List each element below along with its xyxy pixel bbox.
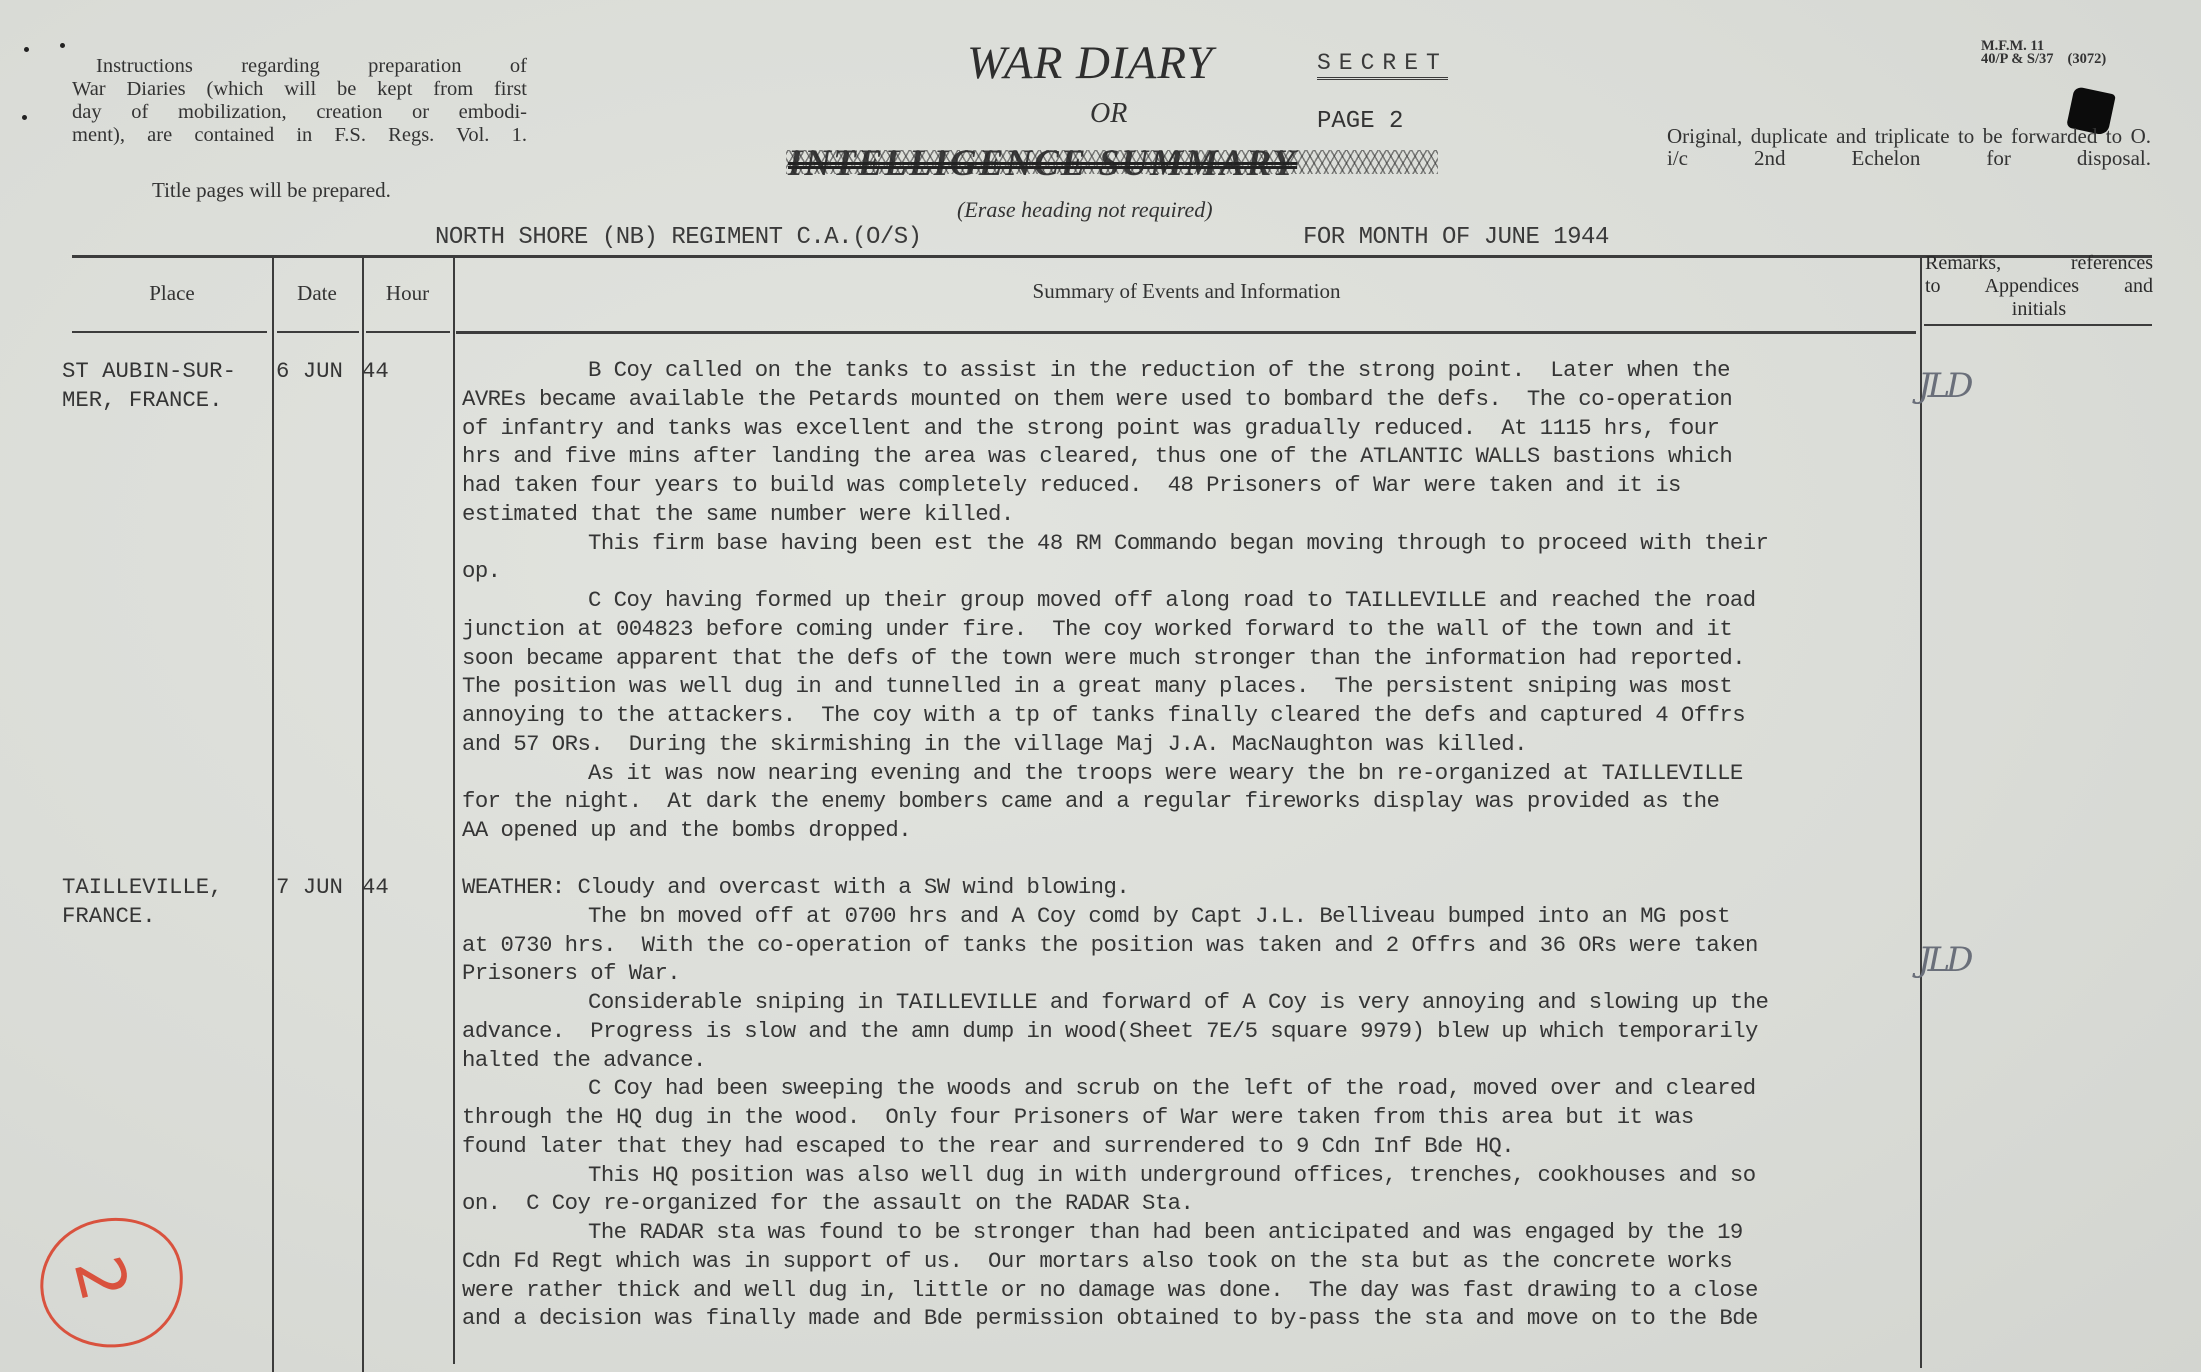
entry-place: TAILLEVILLE, FRANCE. [62,873,267,931]
summary-line: found later that they had escaped to the… [462,1132,1912,1161]
unit-name: NORTH SHORE (NB) REGIMENT C.A.(O/S) [435,224,922,251]
document-title: WAR DIARY [967,36,1213,90]
summary-line: The RADAR sta was found to be stronger t… [462,1218,1912,1247]
circled-number: 2 [64,1250,138,1307]
summary-line: at 0730 hrs. With the co-operation of ta… [462,931,1912,960]
summary-line: and 57 ORs. During the skirmishing in th… [462,730,1912,759]
summary-line: on. C Coy re-organized for the assault o… [462,1189,1912,1218]
summary-line: WEATHER: Cloudy and overcast with a SW w… [462,873,1912,902]
entry-date: 6 JUN [276,357,362,386]
form-reference: M.F.M. 11 40/P & S/37(3072) [1981,40,2106,66]
summary-line: B Coy called on the tanks to assist in t… [462,356,1912,385]
place-line: FRANCE. [62,902,267,931]
form-print-number: (3072) [2068,51,2107,67]
classification-label: SECRET [1317,50,1448,80]
summary-line: Cdn Fd Regt which was in support of us. … [462,1247,1912,1276]
summary-line: C Coy had been sweeping the woods and sc… [462,1074,1912,1103]
entry-hour: 44 [362,873,448,902]
place-line: TAILLEVILLE, [62,873,267,902]
summary-line: The position was well dug in and tunnell… [462,672,1912,701]
summary-line: soon became apparent that the defs of th… [462,644,1912,673]
summary-line: As it was now nearing evening and the tr… [462,759,1912,788]
page-number: PAGE 2 [1317,108,1403,135]
entry-hour: 44 [362,357,448,386]
summary-line: halted the advance. [462,1046,1912,1075]
column-header-date: Date [272,281,362,306]
summary-line: had taken four years to build was comple… [462,471,1912,500]
instructions-note: Instructions regarding preparation of Wa… [72,55,527,147]
or-label: OR [1090,98,1127,130]
header-bottom-rule [366,331,450,333]
summary-line: and a decision was finally made and Bde … [462,1304,1912,1333]
officer-initials: JLD [1918,366,1969,406]
summary-line: of infantry and tanks was excellent and … [462,414,1912,443]
summary-line: AVREs became available the Petards mount… [462,385,1912,414]
column-header-summary: Summary of Events and Information [453,279,1920,304]
remarks-header-line: initials [1925,298,2153,321]
place-line: MER, FRANCE. [62,386,267,415]
officer-initials: JLD [1918,940,1969,980]
instructions-line: day of mobilization, creation or embodi- [72,101,527,124]
form-code: 40/P & S/37 [1981,51,2054,67]
header-bottom-rule [72,331,267,333]
column-divider [362,258,364,1372]
column-divider [272,258,274,1372]
red-circled-page-mark: 2 [26,1203,197,1364]
entry-place: ST AUBIN-SUR- MER, FRANCE. [62,357,267,415]
summary-line: op. [462,557,1912,586]
disposal-note: Original, duplicate and triplicate to be… [1667,125,2151,169]
summary-line: The bn moved off at 0700 hrs and A Coy c… [462,902,1912,931]
column-header-remarks: Remarks, references to Appendices and in… [1925,252,2153,321]
header-bottom-rule [277,331,359,333]
instructions-line: Instructions regarding preparation of [72,55,527,78]
strike-through-overtype [786,150,1438,174]
title-pages-note: Title pages will be prepared. [152,178,391,203]
remarks-header-line: to Appendices and [1925,275,2153,298]
summary-line: Prisoners of War. [462,959,1912,988]
margin-dot [60,43,65,48]
summary-line: This firm base having been est the 48 RM… [462,529,1912,558]
summary-line: estimated that the same number were kill… [462,500,1912,529]
entry-summary: WEATHER: Cloudy and overcast with a SW w… [462,873,1912,1333]
remarks-header-line: Remarks, references [1925,252,2153,275]
instructions-line: War Diaries (which will be kept from fir… [72,78,527,101]
summary-line: annoying to the attackers. The coy with … [462,701,1912,730]
summary-line: junction at 004823 before coming under f… [462,615,1912,644]
column-divider [453,258,455,1364]
summary-line: were rather thick and well dug in, littl… [462,1276,1912,1305]
header-bottom-rule [1924,324,2152,326]
header-bottom-rule [456,331,1916,334]
summary-line: through the HQ dug in the wood. Only fou… [462,1103,1912,1132]
report-month: FOR MONTH OF JUNE 1944 [1303,224,1609,251]
summary-line: hrs and five mins after landing the area… [462,442,1912,471]
entry-date: 7 JUN [276,873,362,902]
column-divider [1920,258,1922,1368]
erase-heading-note: (Erase heading not required) [957,197,1213,223]
margin-dot [24,47,29,52]
entry-summary: B Coy called on the tanks to assist in t… [462,356,1912,845]
summary-line: Considerable sniping in TAILLEVILLE and … [462,988,1912,1017]
table-top-rule [72,255,2152,258]
column-header-place: Place [72,281,272,306]
summary-line: C Coy having formed up their group moved… [462,586,1912,615]
summary-line: AA opened up and the bombs dropped. [462,816,1912,845]
instructions-line: ment), are contained in F.S. Regs. Vol. … [72,124,527,147]
summary-line: This HQ position was also well dug in wi… [462,1161,1912,1190]
column-header-hour: Hour [362,281,453,306]
summary-line: for the night. At dark the enemy bombers… [462,787,1912,816]
margin-dot [22,115,27,120]
summary-line: advance. Progress is slow and the amn du… [462,1017,1912,1046]
place-line: ST AUBIN-SUR- [62,357,267,386]
